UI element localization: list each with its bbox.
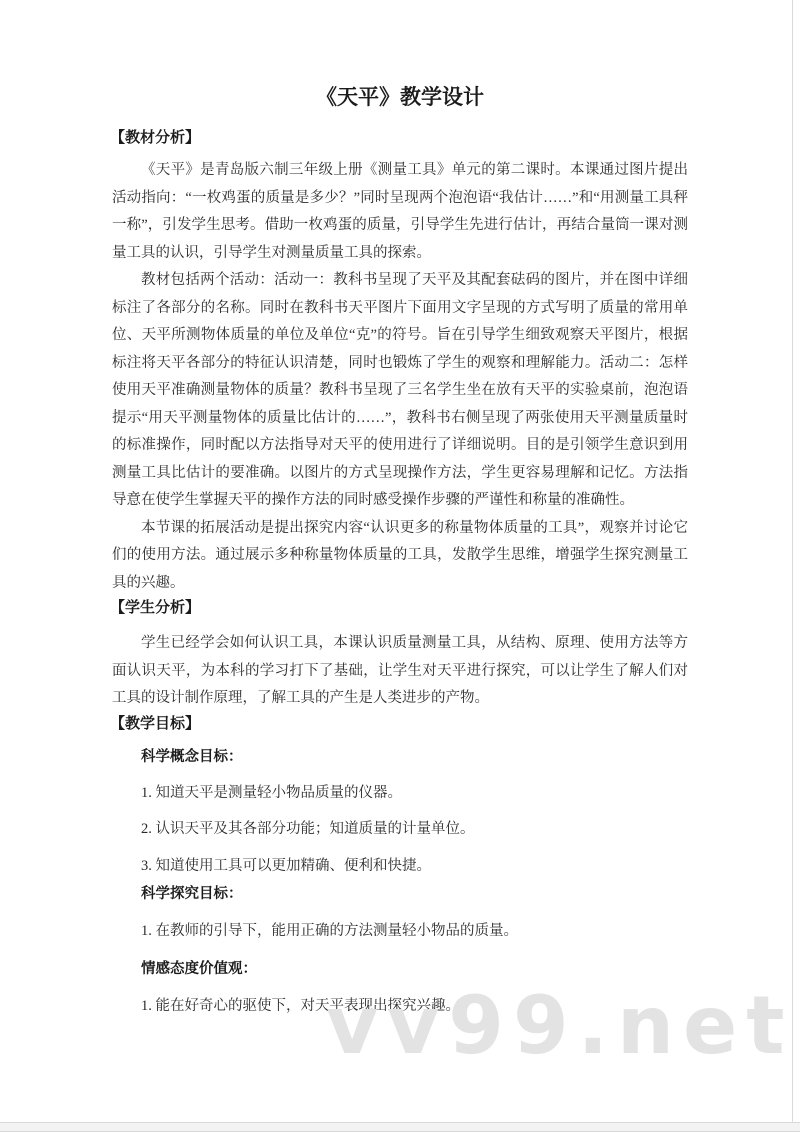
section-student-analysis: 【学生分析】 学生已经学会如何认识工具，本课认识质量测量工具，从结构、原理、使用… — [112, 598, 688, 713]
section-heading-teaching-goals: 【教学目标】 — [110, 714, 688, 734]
document-content: 《天平》教学设计 【教材分析】 《天平》是青岛版六制三年级上册《测量工具》单元的… — [112, 0, 688, 1020]
page-right-border — [792, 0, 793, 1122]
section-teaching-goals: 【教学目标】 科学概念目标： 1. 知道天平是测量轻小物品质量的仪器。 2. 认… — [112, 714, 688, 1021]
material-analysis-paragraph-2: 教材包括两个活动：活动一：教科书呈现了天平及其配套砝码的图片，并在图中详细标注了… — [112, 267, 688, 515]
section-heading-student-analysis: 【学生分析】 — [110, 598, 688, 618]
goal-item: 1. 知道天平是测量轻小物品质量的仪器。 — [112, 780, 688, 808]
student-analysis-paragraph-1: 学生已经学会如何认识工具，本课认识质量测量工具，从结构、原理、使用方法等方面认识… — [112, 630, 688, 713]
section-heading-material-analysis: 【教材分析】 — [110, 128, 688, 148]
next-page-top-border — [0, 1131, 800, 1132]
page-break-gap — [0, 1123, 800, 1131]
material-analysis-paragraph-1: 《天平》是青岛版六制三年级上册《测量工具》单元的第二课时。本课通过图片提出活动指… — [112, 157, 688, 267]
document-title: 《天平》教学设计 — [112, 84, 688, 110]
goal-item: 3. 知道使用工具可以更加精确、便利和快捷。 — [112, 853, 688, 881]
goal-item: 1. 在教师的引导下，能用正确的方法测量轻小物品的质量。 — [112, 918, 688, 946]
material-analysis-paragraph-3: 本节课的拓展活动是提出探究内容“认识更多的称量物体质量的工具”，观察并讨论它们的… — [112, 515, 688, 598]
section-material-analysis: 【教材分析】 《天平》是青岛版六制三年级上册《测量工具》单元的第二课时。本课通过… — [112, 128, 688, 597]
subheading-science-concept-goals: 科学概念目标： — [112, 747, 688, 767]
goal-item: 2. 认识天平及其各部分功能；知道质量的计量单位。 — [112, 816, 688, 844]
subheading-science-inquiry-goals: 科学探究目标： — [112, 884, 688, 904]
goal-item: 1. 能在好奇心的驱使下，对天平表现出探究兴趣。 — [112, 993, 688, 1021]
subheading-emotional-attitude-values: 情感态度价值观： — [112, 959, 688, 979]
